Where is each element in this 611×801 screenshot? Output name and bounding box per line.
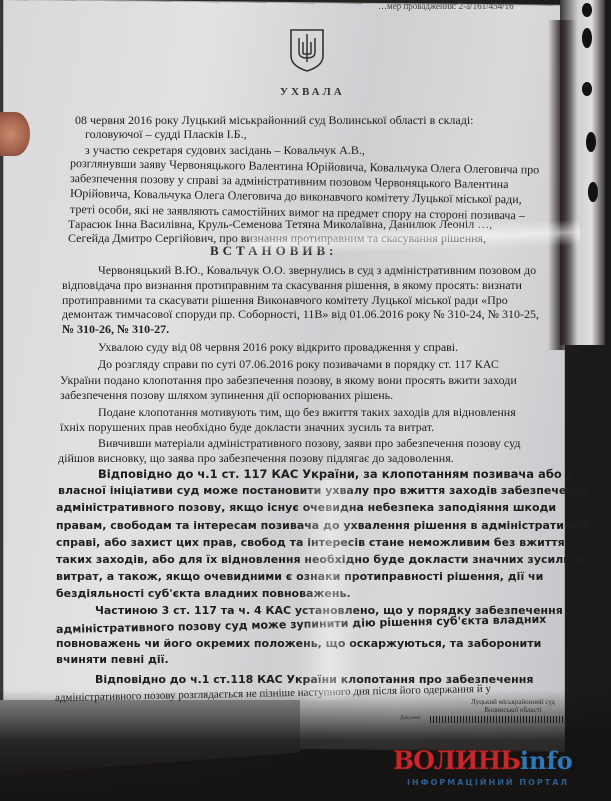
paragraph-line: бездіяльності суб'єкта владних повноваже… <box>56 586 351 602</box>
punch-hole <box>582 3 592 17</box>
logo-suffix-text: info <box>520 746 573 775</box>
paragraph-line: їхніх порушених прав необхідно буде докл… <box>60 419 434 435</box>
paragraph-line: адміністративного позову, якщо існує оче… <box>56 500 556 516</box>
paragraph-line: Червоняцький В.Ю., Ковальчук О.О. зверну… <box>98 262 536 278</box>
paragraph-line: витрат, а також, якщо очевидними є ознак… <box>56 569 543 585</box>
document-title: УХВАЛА <box>280 86 345 98</box>
paragraph-line: дійшов висновку, що заява про забезпечен… <box>58 450 454 466</box>
paragraph-line: забезпечення позову шляхом зупинення дії… <box>60 387 393 403</box>
paragraph-line: повноважень чи його окремих положень, що… <box>56 636 541 652</box>
paragraph-line: Вивчивши матеріали адміністративного поз… <box>98 435 520 451</box>
volyn-info-logo: ВОЛИНЬinfo ІНФОРМАЦІЙНИЙ ПОРТАЛ <box>393 746 608 798</box>
logo-main-text: ВОЛИНЬ <box>393 746 520 775</box>
paragraph-line: До розгляду справи по суті 07.06.2016 ро… <box>98 356 499 372</box>
paragraph-line: відповідача про визнання протиправним та… <box>62 277 522 293</box>
paragraph-line: справі, або захист цих прав, свобод та і… <box>56 535 565 551</box>
finger-holding-page <box>0 112 30 156</box>
case-number: …мер провадження: 2-а/161/454/16 <box>378 1 514 11</box>
punch-hole <box>586 132 596 152</box>
paragraph-line: власної ініціативи суд може постановити … <box>58 483 589 499</box>
paragraph-line: вчиняти певні дії. <box>56 652 169 668</box>
logo-subtitle: ІНФОРМАЦІЙНИЙ ПОРТАЛ <box>407 778 569 787</box>
paragraph-line: Ухвалою суду від 08 червня 2016 року від… <box>98 339 458 355</box>
punch-hole <box>582 82 592 96</box>
punch-hole <box>588 182 598 202</box>
logo-wordmark: ВОЛИНЬinfo <box>393 746 573 776</box>
paragraph-line: № 310-26, № 310-27. <box>62 321 169 337</box>
intro-line: головуючої – судді Пласків І.Б., <box>85 126 247 142</box>
paragraph-line: демонтаж тимчасової споруди пр. Соборнос… <box>62 306 539 322</box>
paragraph-line: Відповідно до ч.1 ст. 117 КАС України, з… <box>98 466 572 482</box>
punch-hole <box>582 28 592 48</box>
section-heading: ВСТАНОВИВ: <box>210 243 337 259</box>
paragraph-line: України подано клопотання про забезпечен… <box>60 372 517 388</box>
paragraph-line: Подане клопотання мотивують тим, що без … <box>98 404 516 420</box>
paragraph-line: таких заходів, або для їх відновлення не… <box>56 552 588 568</box>
sleeve-fold-shadow <box>548 20 576 350</box>
paragraph-line: правам, свободам та інтересам позивача д… <box>56 518 590 534</box>
coat-of-arms-icon <box>289 28 325 72</box>
